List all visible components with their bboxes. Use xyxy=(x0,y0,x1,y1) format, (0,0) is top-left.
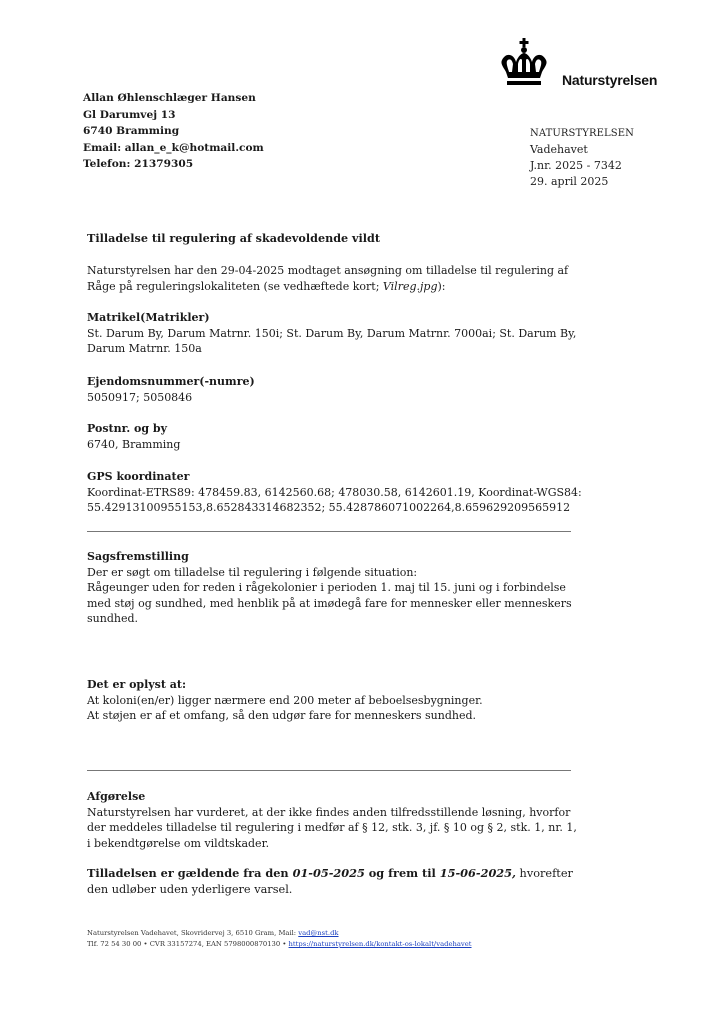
sender-address: Allan Øhlenschlæger Hansen Gl Darumvej 1… xyxy=(83,90,264,173)
section-oplyst: Det er oplyst at: At koloni(en/er) ligge… xyxy=(87,677,577,724)
attachment-name: Vilreg.jpg xyxy=(383,280,438,293)
postnr-text: 6740, Bramming xyxy=(87,437,577,453)
journal-number: J.nr. 2025 - 7342 xyxy=(530,158,634,174)
section-matrikel: Matrikel(Matrikler) St. Darum By, Darum … xyxy=(87,310,577,357)
crown-icon xyxy=(498,38,550,88)
section-gps: GPS koordinater Koordinat-ETRS89: 478459… xyxy=(87,469,587,516)
sagsfremstilling-line-1: Der er søgt om tilladelse til regulering… xyxy=(87,565,577,581)
section-sagsfremstilling: Sagsfremstilling Der er søgt om tilladel… xyxy=(87,549,577,627)
afgorelse-text: Naturstyrelsen har vurderet, at der ikke… xyxy=(87,805,577,852)
reference-block: NATURSTYRELSEN Vadehavet J.nr. 2025 - 73… xyxy=(530,126,634,190)
gps-line-2: 55.42913100955153,8.652843314682352; 55.… xyxy=(87,500,587,516)
oplyst-line-1: At koloni(en/er) ligger nærmere end 200 … xyxy=(87,693,577,709)
divider xyxy=(87,531,571,532)
logo-wordmark: Naturstyrelsen xyxy=(562,72,657,88)
matrikel-heading: Matrikel(Matrikler) xyxy=(87,310,577,326)
section-postnr: Postnr. og by 6740, Bramming xyxy=(87,421,577,452)
section-ejendomsnummer: Ejendomsnummer(-numre) 5050917; 5050846 xyxy=(87,374,577,405)
oplyst-line-2: At støjen er af et omfang, så den udgør … xyxy=(87,708,577,724)
document-title: Tilladelse til regulering af skadevolden… xyxy=(87,231,577,247)
sender-phone: Telefon: 21379305 xyxy=(83,156,264,173)
section-afgorelse: Afgørelse Naturstyrelsen har vurderet, a… xyxy=(87,789,577,851)
sagsfremstilling-text: Rågeunger uden for reden i rågekolonier … xyxy=(87,580,577,627)
postnr-heading: Postnr. og by xyxy=(87,421,577,437)
recipient-org: NATURSTYRELSEN xyxy=(530,126,634,142)
gps-heading: GPS koordinater xyxy=(87,469,587,485)
sender-street: Gl Darumvej 13 xyxy=(83,107,264,124)
intro-text: Naturstyrelsen har den 29-04-2025 modtag… xyxy=(87,264,568,293)
valid-from-date: 01-05-2025 xyxy=(293,866,365,880)
sender-name: Allan Øhlenschlæger Hansen xyxy=(83,90,264,107)
valid-to-date: 15-06-2025, xyxy=(440,866,516,880)
footer-mail-link[interactable]: vad@nst.dk xyxy=(298,929,338,937)
gps-line-1: Koordinat-ETRS89: 478459.83, 6142560.68;… xyxy=(87,485,587,501)
afgorelse-heading: Afgørelse xyxy=(87,789,577,805)
sender-email: Email: allan_e_k@hotmail.com xyxy=(83,140,264,157)
recipient-unit: Vadehavet xyxy=(530,142,634,158)
ejendom-text: 5050917; 5050846 xyxy=(87,390,577,406)
footer-url-link[interactable]: https://naturstyrelsen.dk/kontakt-os-lok… xyxy=(289,940,472,948)
footer-contact: Tlf. 72 54 30 00 • CVR 33157274, EAN 579… xyxy=(87,940,289,948)
sender-city: 6740 Bramming xyxy=(83,123,264,140)
intro-suffix: ): xyxy=(438,280,446,293)
footer-address: Naturstyrelsen Vadehavet, Skovridervej 3… xyxy=(87,929,298,937)
letter-date: 29. april 2025 xyxy=(530,174,634,190)
validity-middle: og frem til xyxy=(365,866,440,880)
footer: Naturstyrelsen Vadehavet, Skovridervej 3… xyxy=(87,928,472,950)
intro-paragraph: Naturstyrelsen har den 29-04-2025 modtag… xyxy=(87,263,577,294)
oplyst-heading: Det er oplyst at: xyxy=(87,677,577,693)
sagsfremstilling-heading: Sagsfremstilling xyxy=(87,549,577,565)
ejendom-heading: Ejendomsnummer(-numre) xyxy=(87,374,577,390)
validity-statement: Tilladelsen er gældende fra den 01-05-20… xyxy=(87,866,577,897)
divider xyxy=(87,770,571,771)
matrikel-text: St. Darum By, Darum Matrnr. 150i; St. Da… xyxy=(87,326,577,357)
validity-prefix: Tilladelsen er gældende fra den xyxy=(87,866,293,880)
